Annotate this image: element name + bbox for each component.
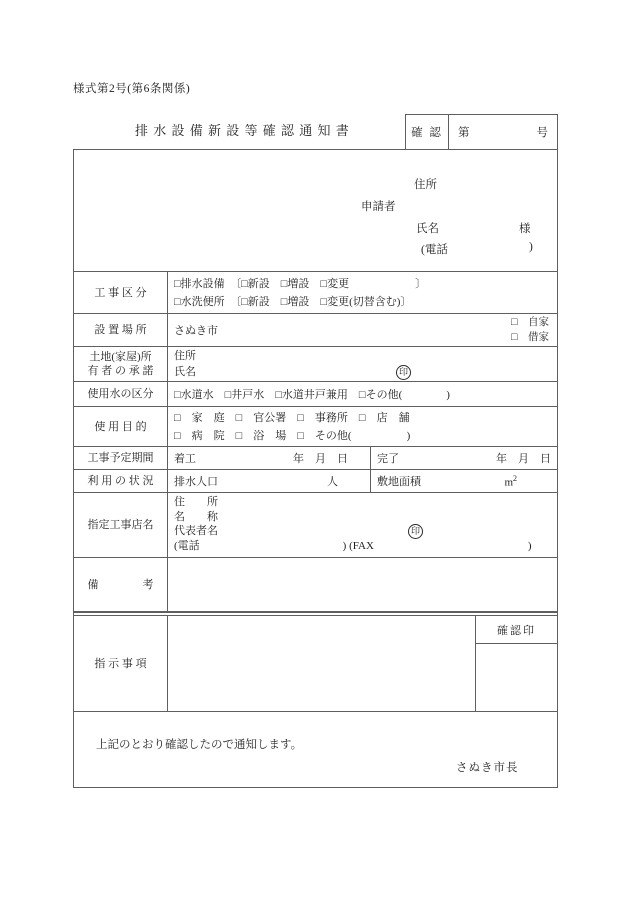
own-home-checkbox: □ 自家	[511, 315, 549, 330]
applicant-honorific: 様	[519, 220, 531, 236]
confirm-number-cell: 第 号	[449, 115, 557, 149]
location-city: さぬき市	[174, 322, 218, 338]
owner-consent-label-line2: 有 者 の 承 諾	[88, 364, 154, 378]
remarks-label: 備 考	[74, 558, 168, 611]
contractor-label: 指定工事店名	[74, 493, 168, 557]
period-row: 工事予定期間 着工 年 月 日 完了 年 月 日	[74, 447, 557, 470]
number-suffix: 号	[537, 124, 549, 140]
instructions-label: 指 示 事 項	[74, 616, 168, 711]
remarks-content	[168, 558, 557, 611]
contractor-name-label: 名 称	[174, 510, 551, 525]
instructions-content	[168, 616, 476, 711]
area-unit: m2	[504, 474, 551, 489]
period-label: 工事予定期間	[74, 447, 168, 469]
period-start-date: 年 月 日	[293, 450, 364, 466]
contractor-rep-label: 代表者名	[174, 525, 218, 537]
confirm-number-box: 確 認 第 号	[405, 114, 558, 149]
purpose-content: □ 家 庭 □ 官公署 □ 事務所 □ 店 舗 □ 病 院 □ 浴 場 □ その…	[168, 407, 557, 446]
purpose-options-line2: □ 病 院 □ 浴 場 □ その他( )	[174, 427, 551, 445]
applicant-name-label: 氏名	[416, 220, 439, 236]
form-number: 様式第2号(第6条関係)	[73, 80, 558, 96]
period-start-label: 着工	[174, 450, 196, 466]
confirm-label: 確 認	[406, 115, 449, 149]
water-type-label: 使用水の区分	[74, 382, 168, 406]
water-type-content: □水道水 □井戸水 □水道井戸兼用 □その他( )	[168, 382, 557, 406]
purpose-label: 使 用 目 的	[74, 407, 168, 446]
location-content: さぬき市 □ 自家 □ 借家	[168, 314, 557, 346]
owner-consent-content: 住所 氏名印	[168, 347, 557, 381]
mayor-signature: さぬき市長	[456, 759, 519, 775]
work-class-label: 工 事 区 分	[74, 272, 168, 313]
owner-consent-label-line1: 土地(家屋)所	[89, 350, 151, 364]
owner-name-line: 氏名印	[174, 364, 551, 380]
usage-label: 利 用 の 状 況	[74, 470, 168, 492]
work-class-content: □排水設備 〔□新設 □増設 □変更 〕 □水洗便所 〔□新設 □増設 □変更(…	[168, 272, 557, 313]
usage-row: 利 用 の 状 況 排水人口 人 敷地面積 m2	[74, 470, 557, 493]
applicant-label: 申請者	[361, 198, 396, 214]
work-class-row: 工 事 区 分 □排水設備 〔□新設 □増設 □変更 〕 □水洗便所 〔□新設 …	[74, 272, 557, 314]
remarks-row: 備 考	[74, 558, 557, 612]
contractor-seal-icon: 印	[408, 524, 423, 539]
owner-consent-row: 土地(家屋)所 有 者 の 承 諾 住所 氏名印	[74, 347, 557, 382]
instructions-row: 指 示 事 項 確認印	[74, 616, 557, 712]
period-end-label: 完了	[377, 450, 399, 466]
location-ownership-options: □ 自家 □ 借家	[511, 315, 549, 345]
work-class-drainage-options: □排水設備 〔□新設 □増設 □変更 〕	[174, 275, 551, 293]
form-header: 排 水 設 備 新 設 等 確 認 通 知 書 確 認 第 号	[73, 96, 558, 149]
contractor-row: 指定工事店名 住 所 名 称 代表者名印 (電話 ) (FAX )	[74, 493, 557, 558]
notice-text: 上記のとおり確認したので通知します。	[96, 736, 302, 752]
period-end-cell: 完了 年 月 日	[371, 447, 557, 469]
owner-consent-label: 土地(家屋)所 有 者 の 承 諾	[74, 347, 168, 381]
contractor-phone-line: (電話 ) (FAX )	[174, 539, 551, 554]
confirm-seal-column: 確認印	[476, 616, 557, 711]
applicant-phone-close: )	[529, 241, 533, 253]
contractor-address-label: 住 所	[174, 495, 551, 510]
usage-area-cell: 敷地面積 m2	[371, 470, 557, 492]
confirm-seal-header: 確認印	[476, 616, 557, 644]
location-row: 設 置 場 所 さぬき市 □ 自家 □ 借家	[74, 314, 557, 347]
contractor-content: 住 所 名 称 代表者名印 (電話 ) (FAX )	[168, 493, 557, 557]
applicant-address-label: 住所	[414, 176, 437, 192]
notice-row: 上記のとおり確認したので通知します。 さぬき市長	[74, 712, 557, 787]
work-class-toilet-options: □水洗便所 〔□新設 □増設 □変更(切替含む)〕	[174, 293, 551, 311]
confirm-seal-cell	[476, 644, 557, 711]
owner-address-label: 住所	[174, 348, 551, 364]
purpose-options-line1: □ 家 庭 □ 官公署 □ 事務所 □ 店 舗	[174, 409, 551, 427]
form-title: 排 水 設 備 新 設 等 確 認 通 知 書	[135, 120, 350, 139]
usage-population-cell: 排水人口 人	[168, 470, 371, 492]
water-type-options: □水道水 □井戸水 □水道井戸兼用 □その他( )	[174, 386, 450, 402]
period-end-date: 年 月 日	[496, 450, 551, 466]
form-table: 住所 申請者 氏名 様 (電話 ) 工 事 区 分 □排水設備 〔□新設 □増設…	[73, 149, 558, 788]
period-start-cell: 着工 年 月 日	[168, 447, 371, 469]
population-label: 排水人口	[174, 473, 218, 489]
rented-home-checkbox: □ 借家	[511, 330, 549, 345]
owner-name-label: 氏名	[174, 366, 196, 378]
water-type-row: 使用水の区分 □水道水 □井戸水 □水道井戸兼用 □その他( )	[74, 382, 557, 407]
form-sheet: 様式第2号(第6条関係) 排 水 設 備 新 設 等 確 認 通 知 書 確 認…	[73, 80, 558, 788]
location-label: 設 置 場 所	[74, 314, 168, 346]
contractor-rep-line: 代表者名印	[174, 524, 551, 539]
population-unit: 人	[327, 473, 364, 489]
purpose-row: 使 用 目 的 □ 家 庭 □ 官公署 □ 事務所 □ 店 舗 □ 病 院 □ …	[74, 407, 557, 447]
owner-seal-icon: 印	[396, 365, 411, 380]
applicant-row: 住所 申請者 氏名 様 (電話 )	[74, 150, 557, 272]
applicant-phone-label: (電話	[421, 241, 448, 257]
number-prefix: 第	[458, 124, 470, 140]
area-label: 敷地面積	[377, 473, 421, 489]
